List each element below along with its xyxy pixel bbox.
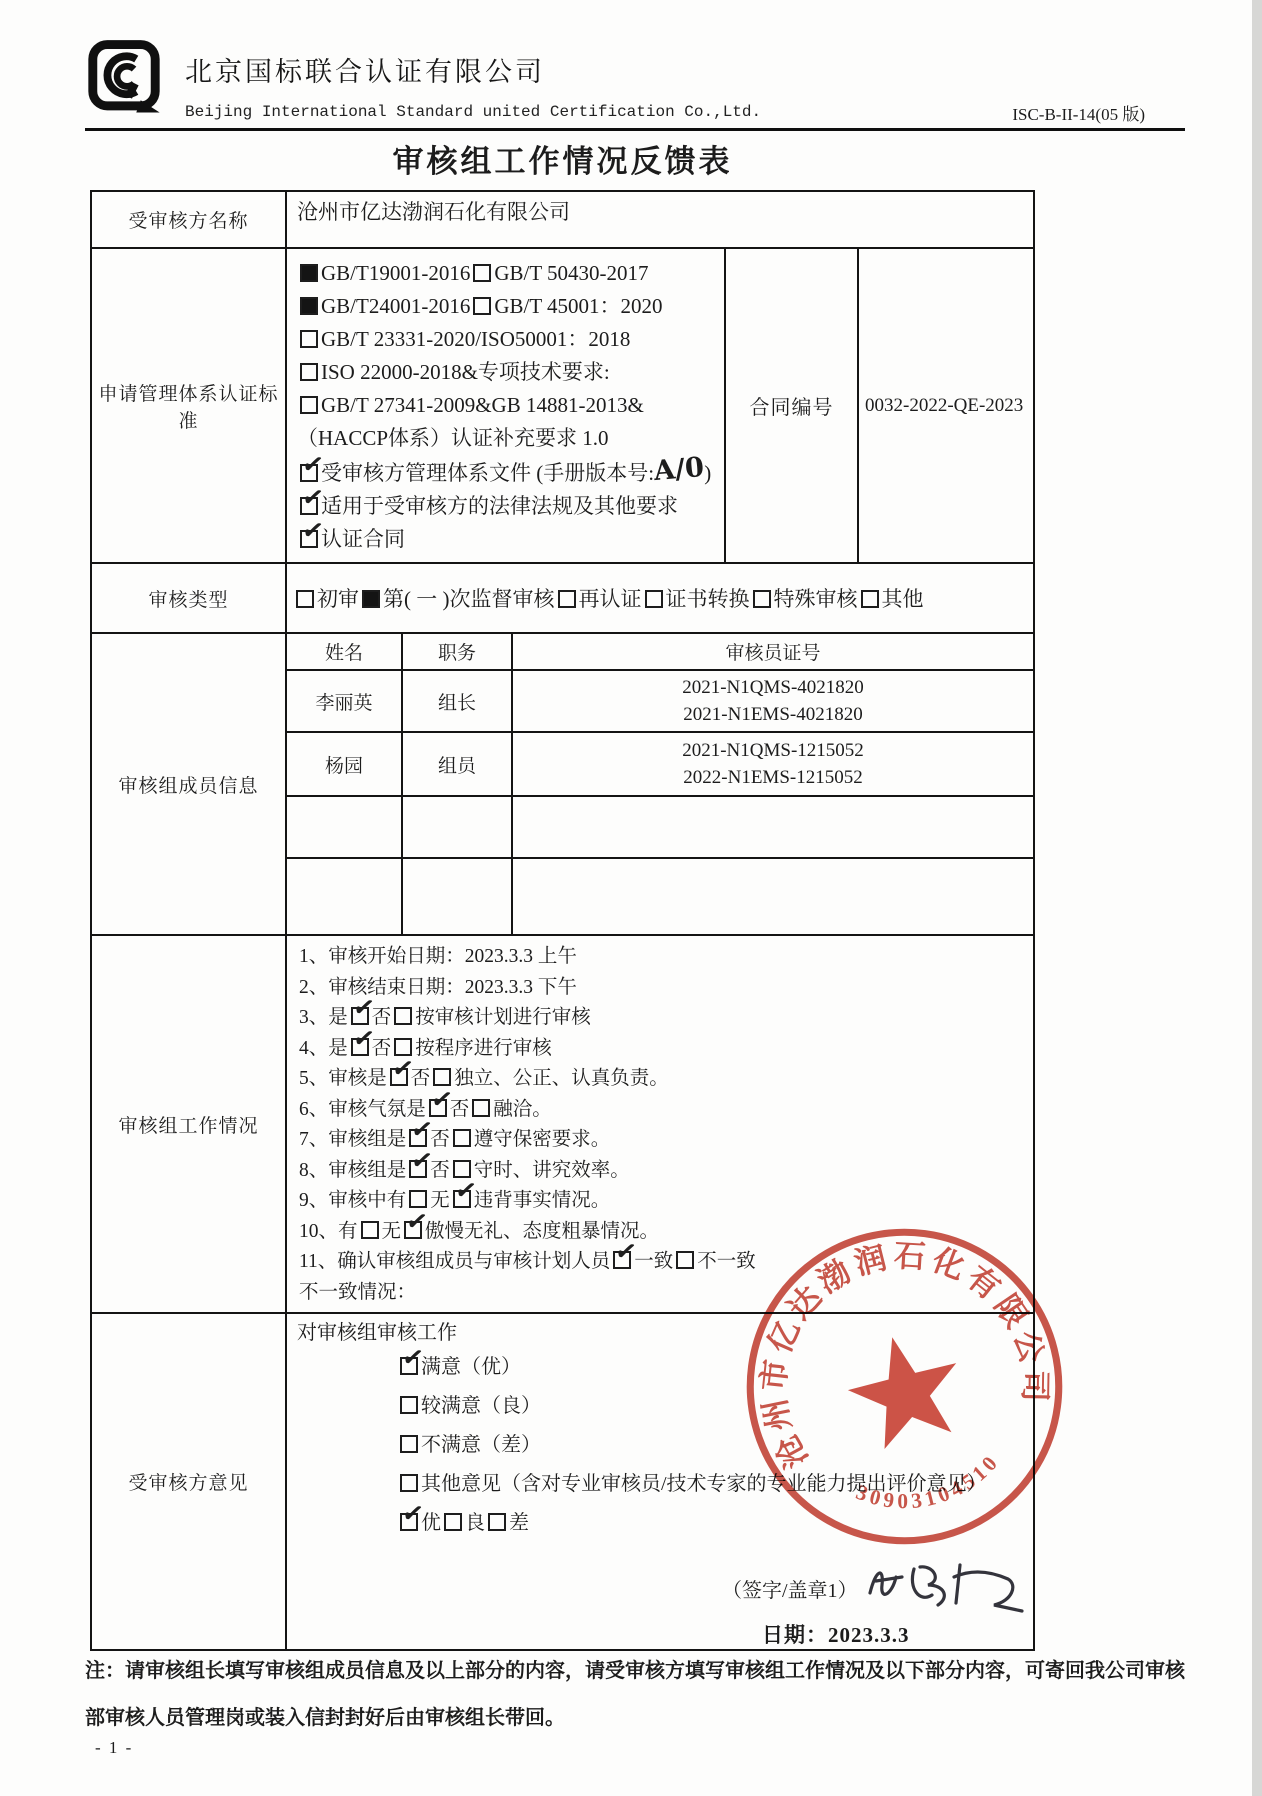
opinion-option: 不满意（差） (397, 1426, 1033, 1465)
checkbox-empty[interactable] (473, 264, 491, 282)
checkbox-empty[interactable] (753, 590, 771, 608)
handwritten-manual-version: A/0 (653, 451, 706, 488)
checkbox-filled[interactable] (362, 590, 380, 608)
member-role (402, 796, 512, 858)
standard-line: ✓认证合同 (297, 523, 720, 556)
member-certs (512, 858, 1033, 934)
work-item: 6、审核气氛是✓否融洽。 (299, 1095, 1027, 1126)
checkbox-empty[interactable] (473, 297, 491, 315)
scan-edge-artifact (1252, 0, 1262, 1796)
checkbox-checked[interactable]: ✓ (390, 1068, 408, 1086)
opinion-option: ✓满意（优） (397, 1348, 1033, 1387)
checkbox-empty[interactable] (558, 590, 576, 608)
checkbox-empty[interactable] (400, 1435, 418, 1453)
checkbox-empty[interactable] (400, 1396, 418, 1414)
contract-no-label: 合同编号 (726, 249, 859, 562)
checkbox-empty[interactable] (453, 1129, 471, 1147)
checkbox-checked[interactable]: ✓ (400, 1513, 418, 1531)
member-certs (512, 796, 1033, 858)
team-member-row: 李丽英 组长 2021-N1QMS-4021820 2021-N1EMS-402… (287, 670, 1033, 732)
checkbox-empty[interactable] (444, 1513, 462, 1531)
checkbox-empty[interactable] (400, 1474, 418, 1492)
cert-number: 2022-N1EMS-1215052 (514, 764, 1032, 791)
audit-type-row: 审核类型 初审第( 一 )次监督审核再认证证书转换特殊审核其他 (91, 563, 1034, 633)
footer-note: 注：请审核组长填写审核组成员信息及以上部分的内容，请受审核方填写审核组工作情况及… (85, 1648, 1190, 1742)
checkbox-empty[interactable] (300, 363, 318, 381)
checkbox-empty[interactable] (300, 396, 318, 414)
checkbox-empty[interactable] (472, 1099, 490, 1117)
auditee-label: 受审核方名称 (91, 191, 286, 248)
team-member-row: 杨园 组员 2021-N1QMS-1215052 2022-N1EMS-1215… (287, 732, 1033, 796)
member-role (402, 858, 512, 934)
checkbox-empty[interactable] (300, 330, 318, 348)
member-name (287, 858, 402, 934)
signature-handwriting (862, 1555, 1032, 1617)
member-certs: 2021-N1QMS-4021820 2021-N1EMS-4021820 (512, 670, 1033, 732)
member-certs: 2021-N1QMS-1215052 2022-N1EMS-1215052 (512, 732, 1033, 796)
work-item-inconsistency: 不一致情况： (299, 1278, 1027, 1309)
standards-row: 申请管理体系认证标准 GB/T19001-2016GB/T 50430-2017… (91, 248, 1034, 563)
team-member-row-empty (287, 858, 1033, 934)
checkbox-empty[interactable] (296, 590, 314, 608)
company-name-en: Beijing International Standard united Ce… (185, 103, 761, 121)
work-items: 1、审核开始日期：2023.3.3 上午 2、审核结束日期：2023.3.3 下… (286, 935, 1034, 1313)
standard-line: GB/T 27341-2009&GB 14881-2013&（HACCP体系）认… (297, 389, 720, 455)
team-members-table: 姓名 职务 审核员证号 李丽英 组长 2021-N1QMS-4021820 20… (287, 634, 1033, 934)
audit-type-label: 审核类型 (91, 563, 286, 633)
checkbox-checked[interactable]: ✓ (300, 530, 318, 548)
feedback-form-table: 受审核方名称 沧州市亿达渤润石化有限公司 申请管理体系认证标准 GB/T1900… (90, 190, 1035, 1651)
header-rule (85, 128, 1185, 131)
form-code: ISC-B-II-14(05 版) (1012, 100, 1145, 125)
work-item: 3、是✓否按审核计划进行审核 (299, 1003, 1027, 1034)
standard-line: GB/T 23331-2020/ISO50001：2018 (297, 323, 720, 356)
document-header: 北京国标联合认证有限公司 Beijing International Stand… (85, 38, 1185, 121)
checkbox-empty[interactable] (645, 590, 663, 608)
work-item: 10、有无✓傲慢无礼、态度粗暴情况。 (299, 1217, 1027, 1248)
checkbox-empty[interactable] (361, 1221, 379, 1239)
checkbox-checked[interactable]: ✓ (300, 464, 318, 482)
work-item: 2、审核结束日期：2023.3.3 下午 (299, 973, 1027, 1004)
checkbox-empty[interactable] (394, 1007, 412, 1025)
checkbox-checked[interactable]: ✓ (429, 1099, 447, 1117)
audit-type-value: 初审第( 一 )次监督审核再认证证书转换特殊审核其他 (286, 563, 1034, 633)
work-item: 1、审核开始日期：2023.3.3 上午 (299, 942, 1027, 973)
auditee-row: 受审核方名称 沧州市亿达渤润石化有限公司 (91, 191, 1034, 248)
opinion-label: 受审核方意见 (91, 1313, 286, 1650)
checkbox-empty[interactable] (676, 1251, 694, 1269)
signature-label: （签字/盖章1） (722, 1574, 858, 1603)
member-role: 组员 (402, 732, 512, 796)
standard-line: ISO 22000-2018&专项技术要求: (297, 356, 720, 389)
standard-line: GB/T19001-2016GB/T 50430-2017 (297, 257, 720, 290)
checkbox-checked[interactable]: ✓ (613, 1251, 631, 1269)
team-row: 审核组成员信息 姓名 职务 审核员证号 李丽英 组长 (91, 633, 1034, 935)
checkbox-checked[interactable]: ✓ (453, 1190, 471, 1208)
form-title: 审核组工作情况反馈表 (90, 136, 1035, 181)
standard-line: ✓适用于受审核方的法律法规及其他要求 (297, 490, 720, 523)
member-role: 组长 (402, 670, 512, 732)
standards-checklist: GB/T19001-2016GB/T 50430-2017 GB/T24001-… (287, 249, 726, 562)
checkbox-checked[interactable]: ✓ (400, 1357, 418, 1375)
work-situation-row: 审核组工作情况 1、审核开始日期：2023.3.3 上午 2、审核结束日期：20… (91, 935, 1034, 1313)
opinion-option: 较满意（良） (397, 1387, 1033, 1426)
checkbox-checked[interactable]: ✓ (351, 1038, 369, 1056)
opinion-option: ✓优良差 (397, 1504, 1033, 1543)
cert-number: 2021-N1EMS-4021820 (514, 701, 1032, 728)
checkbox-checked[interactable]: ✓ (300, 497, 318, 515)
contract-no-value: 0032-2022-QE-2023 (859, 249, 1033, 562)
cert-number: 2021-N1QMS-1215052 (514, 737, 1032, 764)
standard-line: GB/T24001-2016GB/T 45001：2020 (297, 290, 720, 323)
opinion-date: 日期：2023.3.3 (762, 1619, 1033, 1649)
scanned-form-page: 北京国标联合认证有限公司 Beijing International Stand… (0, 0, 1262, 1796)
work-item: 7、审核组是✓否遵守保密要求。 (299, 1125, 1027, 1156)
col-role: 职务 (402, 634, 512, 670)
work-item: 11、确认审核组成员与审核计划人员✓一致不一致 (299, 1247, 1027, 1278)
checkbox-empty[interactable] (488, 1513, 506, 1531)
member-name: 李丽英 (287, 670, 402, 732)
page-number: - 1 - (95, 1738, 133, 1758)
checkbox-checked[interactable]: ✓ (404, 1221, 422, 1239)
company-logo-icon (85, 38, 163, 118)
member-name: 杨园 (287, 732, 402, 796)
work-item: 8、审核组是✓否守时、讲究效率。 (299, 1156, 1027, 1187)
company-name-cn: 北京国标联合认证有限公司 (185, 50, 761, 89)
team-label: 审核组成员信息 (91, 633, 286, 935)
col-name: 姓名 (287, 634, 402, 670)
cert-number: 2021-N1QMS-4021820 (514, 674, 1032, 701)
opinion-row: 受审核方意见 对审核组审核工作 ✓满意（优） 较满意（良） 不满意（差） 其他意… (91, 1313, 1034, 1650)
auditee-value: 沧州市亿达渤润石化有限公司 (286, 191, 1034, 248)
team-header-row: 姓名 职务 审核员证号 (287, 634, 1033, 670)
member-name (287, 796, 402, 858)
team-member-row-empty (287, 796, 1033, 858)
work-item: 5、审核是✓否独立、公正、认真负责。 (299, 1064, 1027, 1095)
checkbox-empty[interactable] (861, 590, 879, 608)
checkbox-filled[interactable] (300, 264, 318, 282)
opinion-option: 其他意见（含对专业审核员/技术专家的专业能力提出评价意见） (397, 1465, 1033, 1504)
work-label: 审核组工作情况 (91, 935, 286, 1313)
opinion-content: 对审核组审核工作 ✓满意（优） 较满意（良） 不满意（差） 其他意见（含对专业审… (286, 1313, 1034, 1650)
standard-line: ✓受审核方管理体系文件 (手册版本号:A/0) (297, 455, 720, 490)
signature-row: （签字/盖章1） (722, 1555, 1033, 1603)
standards-label: 申请管理体系认证标准 (91, 248, 286, 563)
col-cert: 审核员证号 (512, 634, 1033, 670)
checkbox-filled[interactable] (300, 297, 318, 315)
checkbox-checked[interactable]: ✓ (409, 1160, 427, 1178)
